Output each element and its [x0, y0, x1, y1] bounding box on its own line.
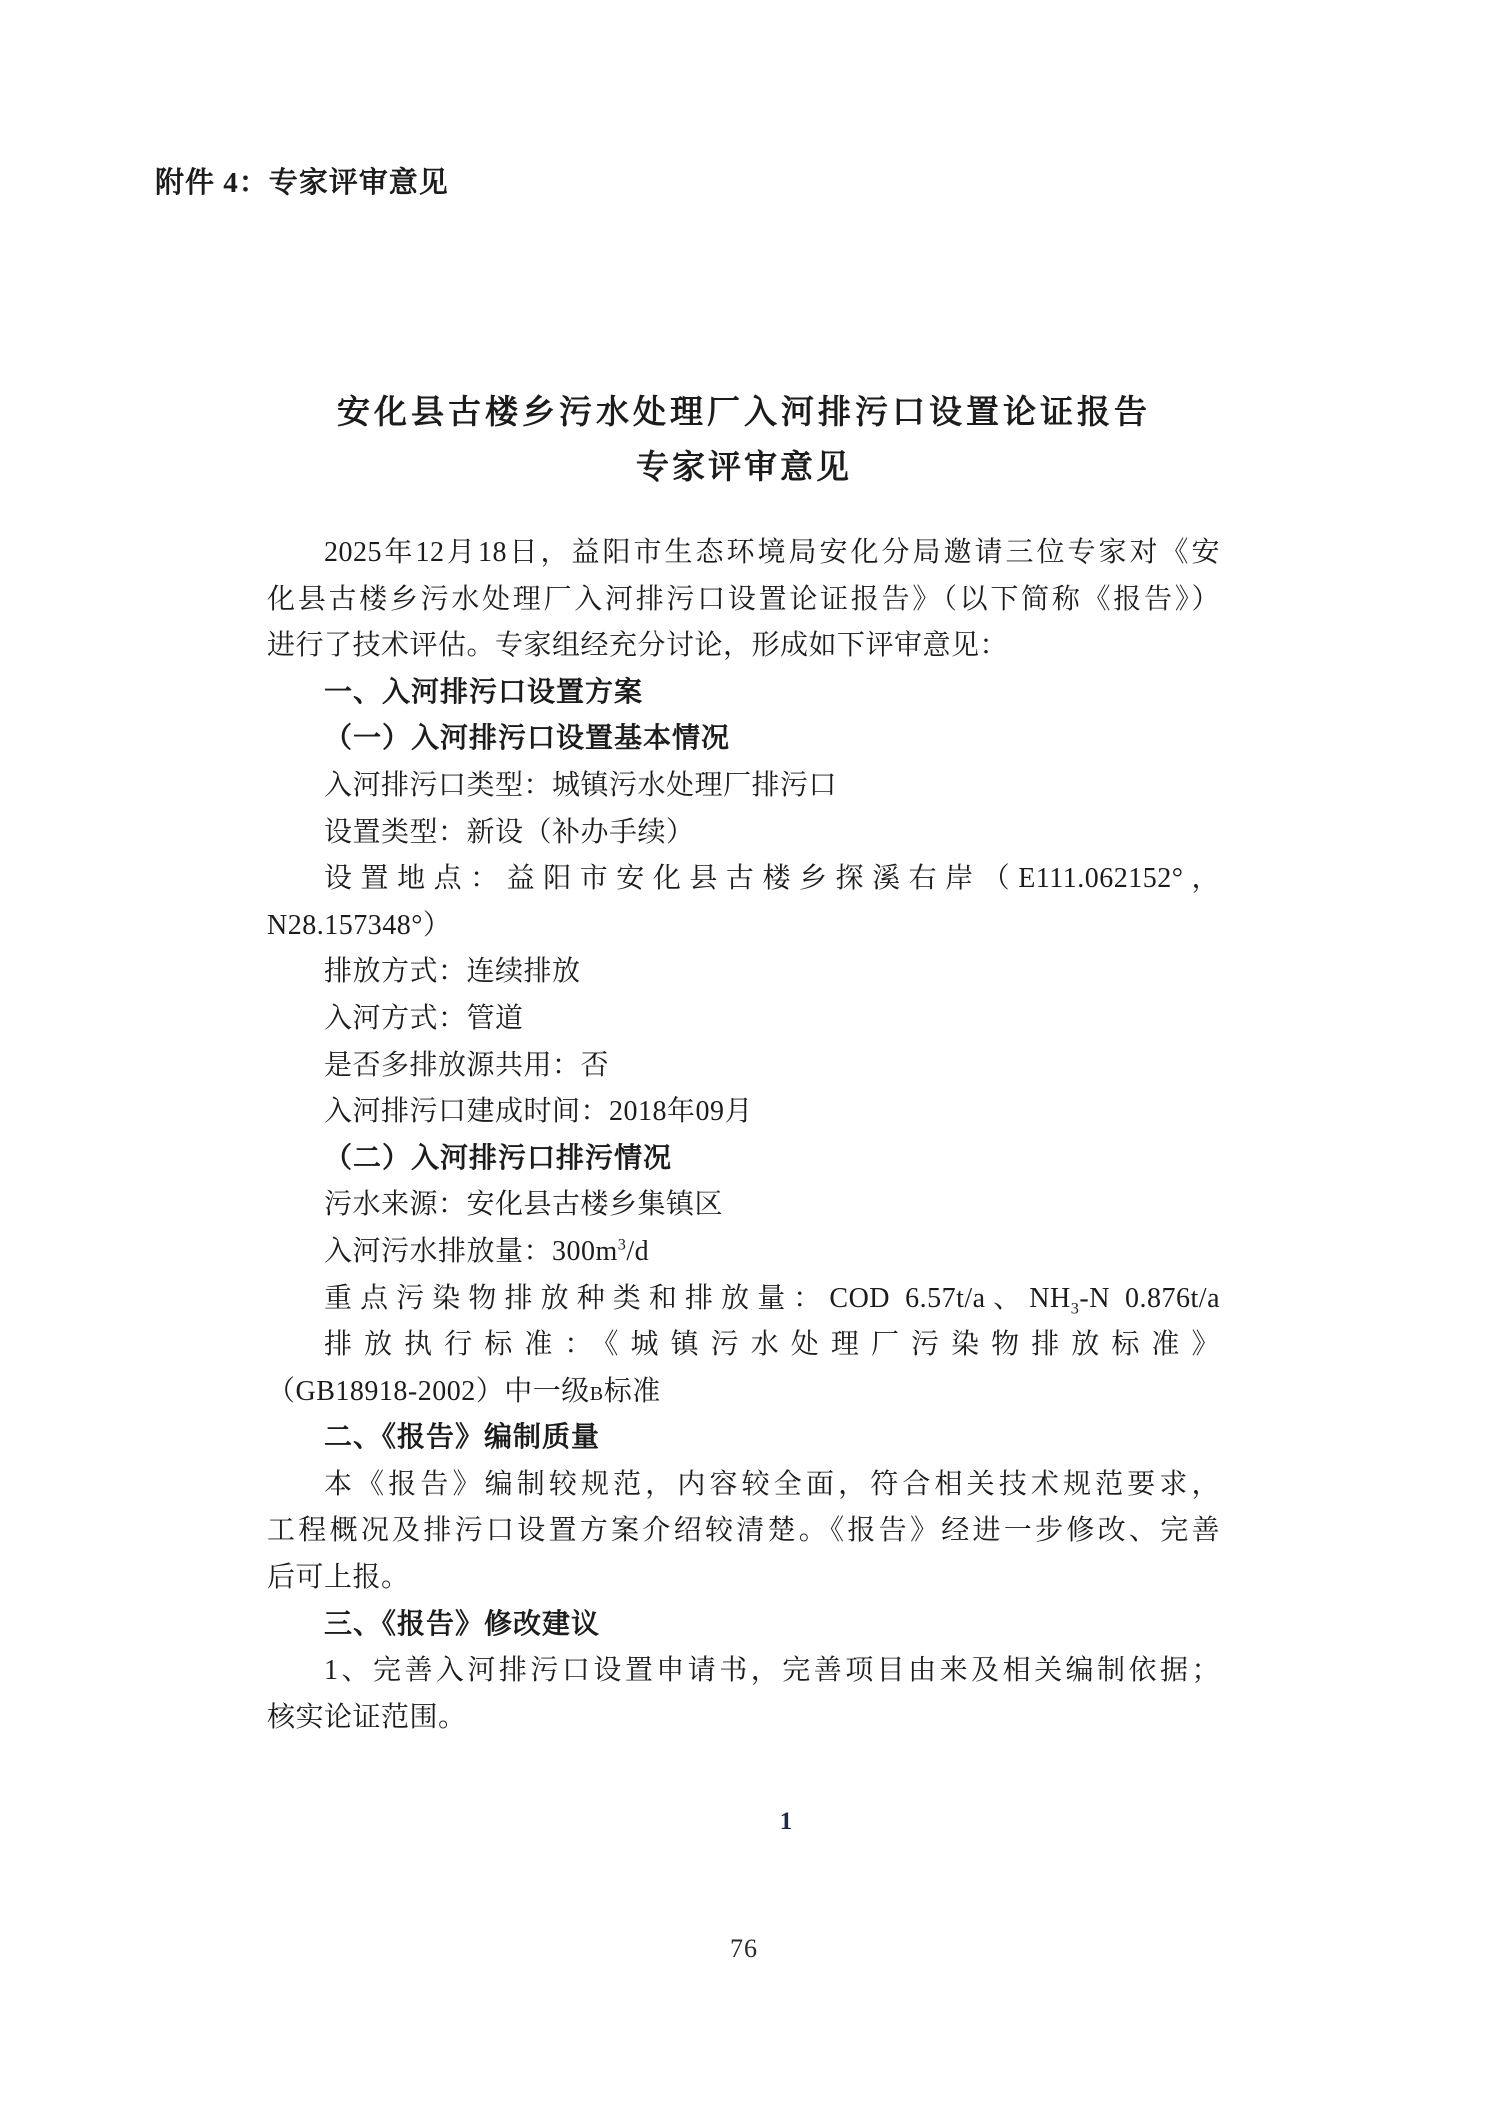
inner-page-number: 1 [766, 1808, 806, 1836]
doc-line: 设置类型：新设（补办手续） [267, 810, 1220, 857]
doc-line: （GB18918-2002）中一级B标准 [267, 1369, 1220, 1416]
doc-line: 入河方式：管道 [267, 996, 1220, 1043]
doc-line: 化县古楼乡污水处理厂入河排污口设置论证报告》（以下简称《报告》） [267, 577, 1220, 624]
doc-line: 2025年12月18日，益阳市生态环境局安化分局邀请三位专家对《安 [267, 530, 1220, 577]
doc-line: 三、《报告》修改建议 [267, 1602, 1220, 1649]
document-body: 2025年12月18日，益阳市生态环境局安化分局邀请三位专家对《安化县古楼乡污水… [267, 530, 1220, 1741]
doc-line: 入河排污口建成时间：2018年09月 [267, 1089, 1220, 1136]
doc-line: 重点污染物排放种类和排放量：COD 6.57t/a、NH3-N 0.876t/a [267, 1276, 1220, 1323]
doc-line: 污水来源：安化县古楼乡集镇区 [267, 1182, 1220, 1229]
doc-line: 入河排污口类型：城镇污水处理厂排污口 [267, 763, 1220, 810]
document-title-line-2: 专家评审意见 [0, 448, 1488, 494]
doc-line: 排放方式：连续排放 [267, 949, 1220, 996]
doc-line: 1、完善入河排污口设置申请书，完善项目由来及相关编制依据； [267, 1648, 1220, 1695]
doc-line: 后可上报。 [267, 1555, 1220, 1602]
doc-line: （一）入河排污口设置基本情况 [267, 716, 1220, 763]
document-title-line-1: 安化县古楼乡污水处理厂入河排污口设置论证报告 [0, 390, 1488, 448]
doc-line: 是否多排放源共用：否 [267, 1043, 1220, 1090]
doc-line: 核实论证范围。 [267, 1695, 1220, 1742]
doc-line: 入河污水排放量：300m3/d [267, 1229, 1220, 1276]
doc-line: 一、入河排污口设置方案 [267, 670, 1220, 717]
document-page: 附件 4：专家评审意见 安化县古楼乡污水处理厂入河排污口设置论证报告 专家评审意… [0, 0, 1488, 2104]
doc-line: 进行了技术评估。专家组经充分讨论，形成如下评审意见： [267, 623, 1220, 670]
document-title: 安化县古楼乡污水处理厂入河排污口设置论证报告 专家评审意见 [0, 390, 1488, 494]
doc-line: （二）入河排污口排污情况 [267, 1136, 1220, 1183]
attachment-label: 附件 4：专家评审意见 [155, 160, 449, 201]
doc-line: 本《报告》编制较规范，内容较全面，符合相关技术规范要求， [267, 1462, 1220, 1509]
doc-line: 二、《报告》编制质量 [267, 1415, 1220, 1462]
footer-page-number: 76 [0, 1934, 1488, 1964]
doc-line: 设置地点：益阳市安化县古楼乡探溪右岸（E111.062152°， [267, 856, 1220, 903]
doc-line: N28.157348°） [267, 903, 1220, 950]
doc-line: 工程概况及排污口设置方案介绍较清楚。《报告》经进一步修改、完善 [267, 1508, 1220, 1555]
doc-line: 排放执行标准：《城镇污水处理厂污染物排放标准》 [267, 1322, 1220, 1369]
